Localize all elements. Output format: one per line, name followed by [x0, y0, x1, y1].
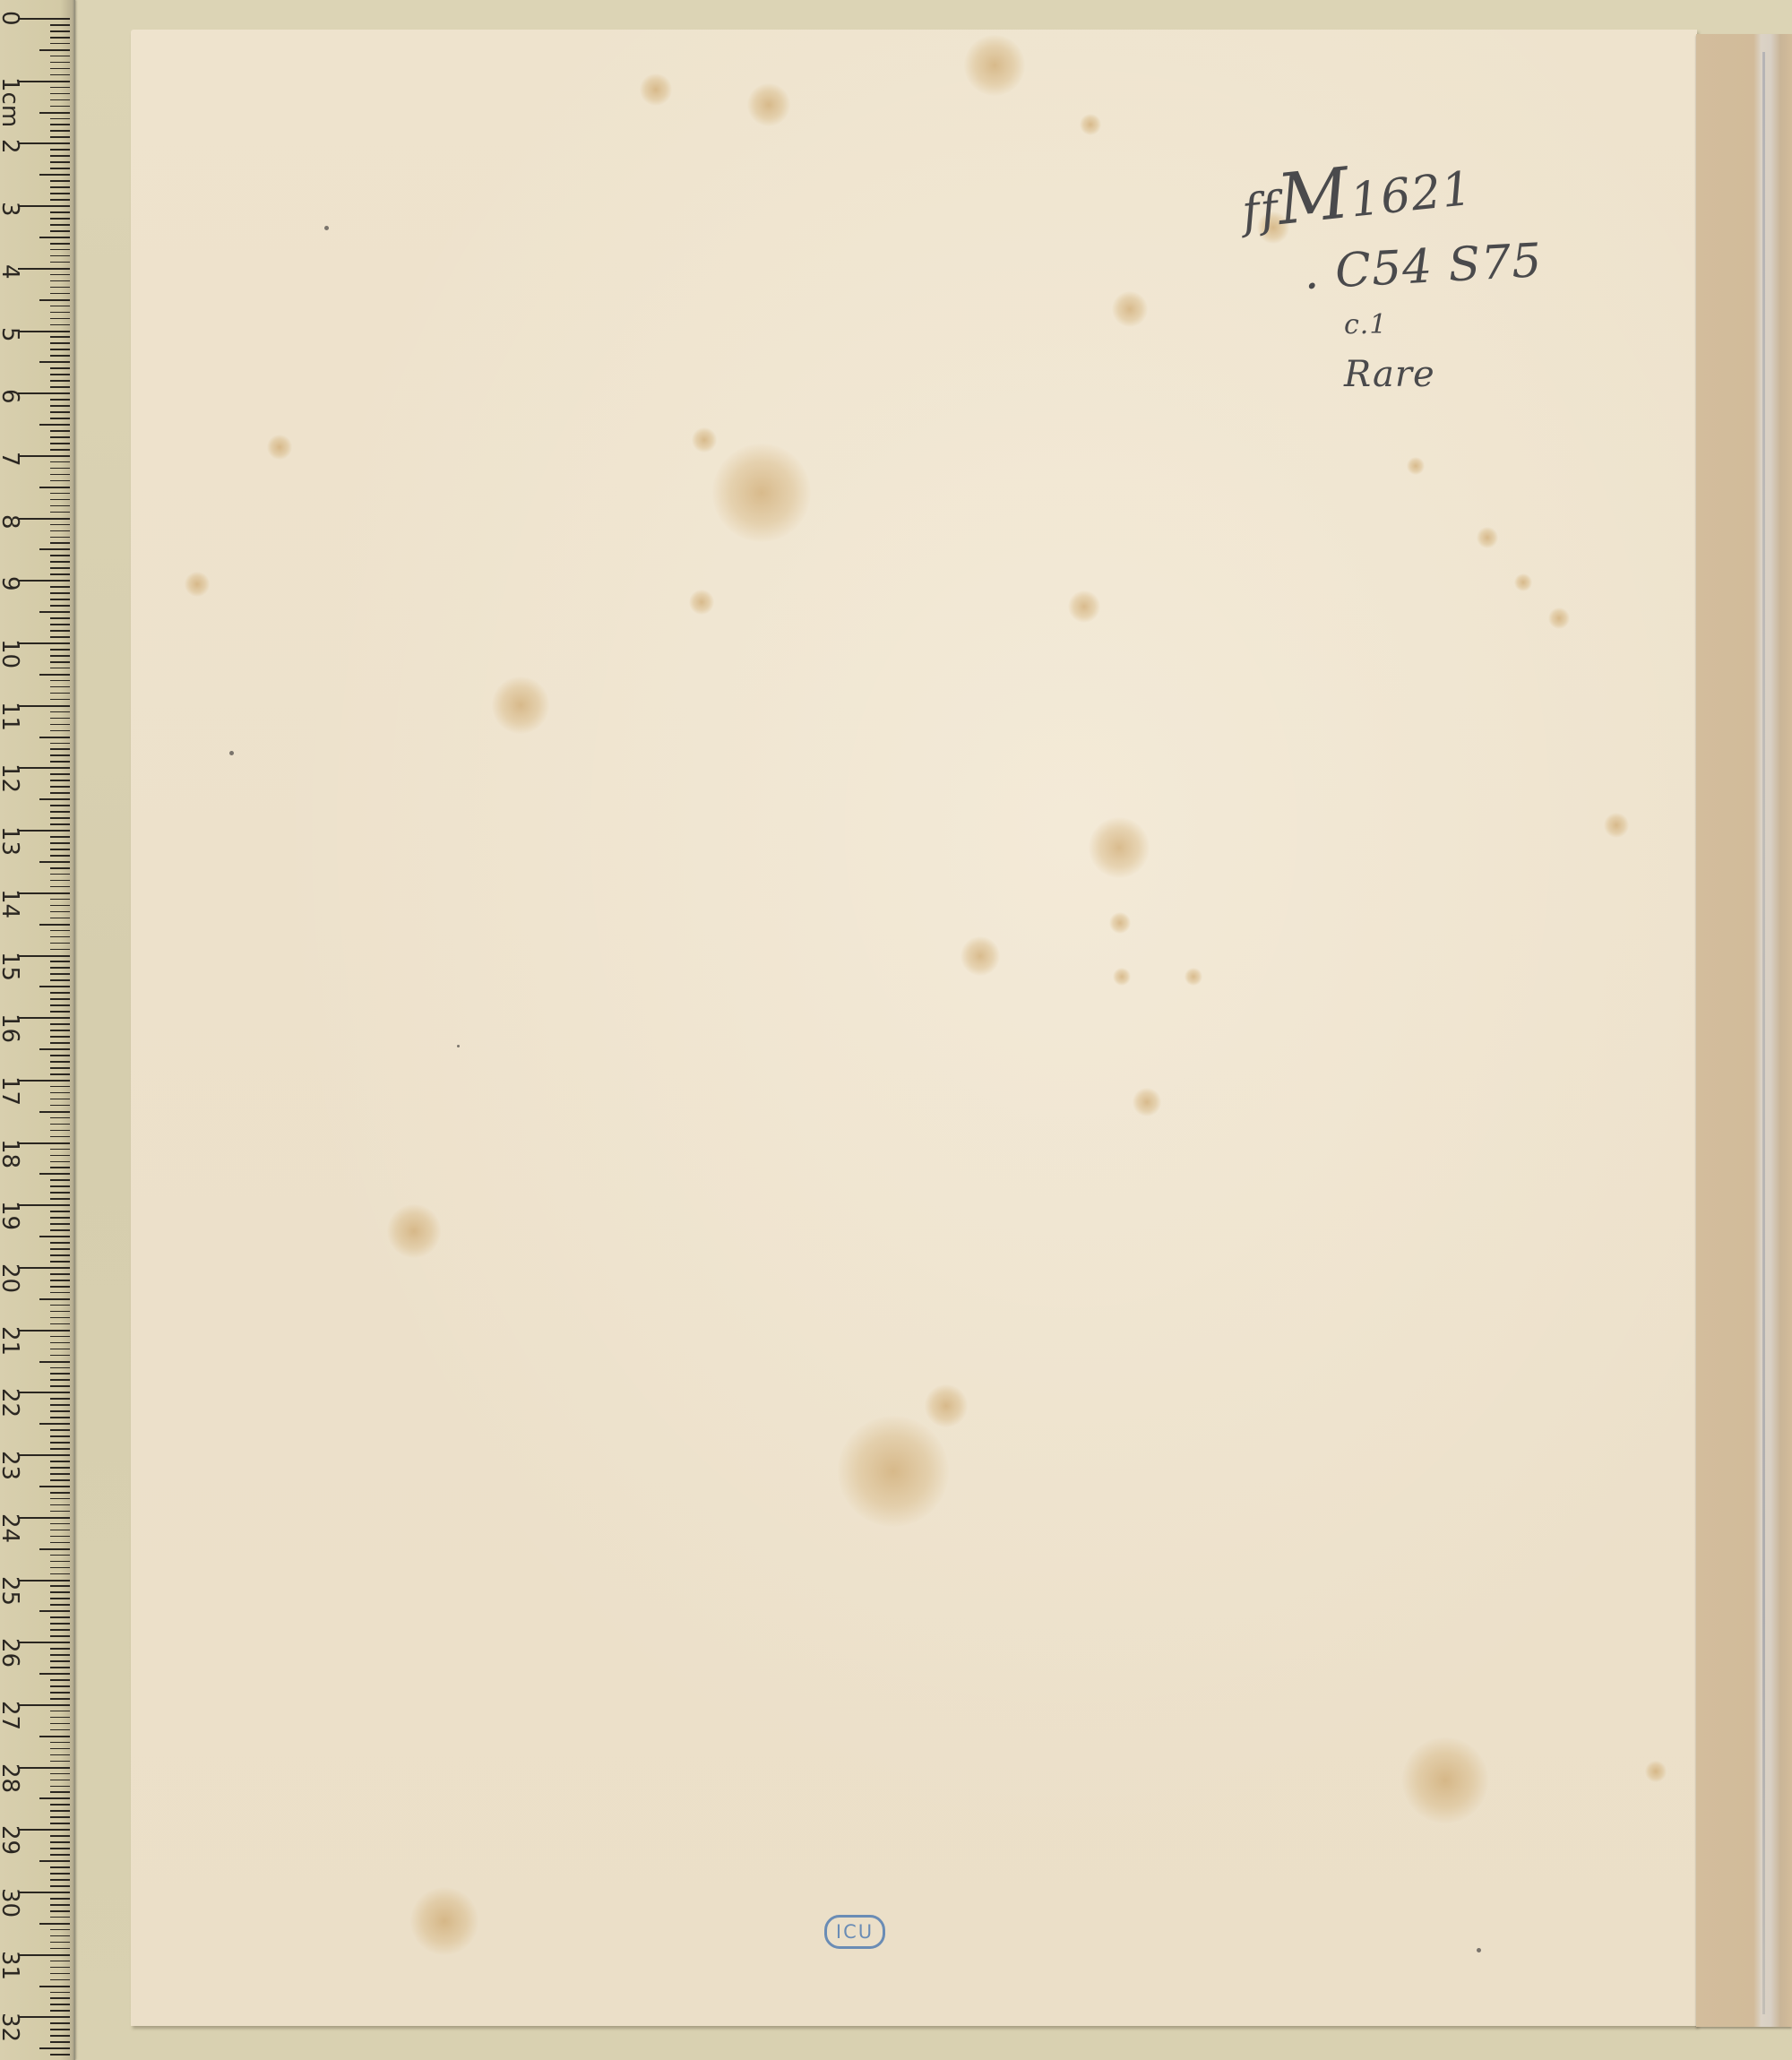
ruler-tick	[50, 1717, 70, 1719]
ruler-tick	[50, 724, 70, 726]
ruler-tick	[50, 1973, 70, 1975]
ruler-label: 28	[2, 1763, 22, 1792]
ruler-tick	[50, 1042, 70, 1044]
ruler-tick	[50, 1379, 70, 1381]
ruler-tick	[50, 287, 70, 289]
speck	[1477, 1948, 1481, 1952]
ruler-tick	[50, 180, 70, 182]
ruler-tick	[18, 2016, 70, 2018]
ruler-tick	[50, 936, 70, 938]
spine-line	[1762, 52, 1765, 2014]
foxing-stain	[1548, 608, 1570, 629]
foxing-stain	[1109, 912, 1131, 934]
ruler-tick	[18, 1642, 70, 1643]
ruler-tick	[50, 1567, 70, 1569]
ruler-tick	[50, 886, 70, 888]
ruler-tick	[50, 1435, 70, 1437]
ruler-tick	[18, 767, 70, 769]
foxing-stain	[492, 677, 549, 734]
ruler-tick	[50, 1804, 70, 1806]
ruler-tick	[50, 1073, 70, 1075]
ruler-tick	[50, 586, 70, 588]
ruler-tick	[50, 730, 70, 732]
foxing-stain	[1112, 291, 1148, 327]
ruler-tick	[50, 1748, 70, 1750]
ruler-tick	[50, 1467, 70, 1469]
ruler-tick	[39, 1548, 70, 1550]
ruler-tick	[50, 605, 70, 607]
ruler-tick	[50, 1149, 70, 1151]
ruler-tick	[50, 1167, 70, 1168]
ruler-tick	[50, 773, 70, 775]
ruler-tick	[50, 699, 70, 701]
ruler-tick	[50, 1967, 70, 1969]
ruler-tick	[50, 193, 70, 194]
ruler-label: 2	[2, 139, 22, 153]
ruler-tick	[50, 418, 70, 419]
foxing-stain	[267, 435, 292, 460]
ruler-tick	[50, 567, 70, 569]
ruler-label: 29	[2, 1825, 22, 1854]
ruler-tick	[50, 249, 70, 251]
ruler-tick	[50, 805, 70, 806]
foxing-stain	[1080, 114, 1101, 135]
ruler-tick	[50, 1623, 70, 1625]
ruler-tick	[50, 1754, 70, 1756]
ruler-tick	[50, 1961, 70, 1962]
ruler-tick	[50, 136, 70, 138]
ruler-tick	[39, 924, 70, 926]
ruler-tick	[50, 436, 70, 438]
ruler-tick	[50, 668, 70, 669]
ruler-tick	[18, 955, 70, 957]
ruler-tick	[39, 1111, 70, 1113]
ruler-tick	[50, 312, 70, 314]
ruler-tick	[50, 1773, 70, 1775]
ruler-tick	[50, 911, 70, 913]
ruler-tick	[50, 1305, 70, 1306]
ruler-tick	[50, 1342, 70, 1344]
ruler-tick	[50, 374, 70, 375]
ruler-tick	[50, 168, 70, 169]
ruler-tick	[50, 1385, 70, 1387]
ruler-tick	[50, 1479, 70, 1481]
ruler-tick	[50, 1935, 70, 1937]
ruler-tick	[50, 905, 70, 907]
ruler-tick	[50, 1523, 70, 1525]
ruler-tick	[39, 49, 70, 51]
ruler-tick	[50, 918, 70, 919]
ruler-tick	[50, 754, 70, 756]
ruler-label: 19	[2, 1201, 22, 1229]
ruler-tick	[50, 1429, 70, 1431]
ruler-label: 18	[2, 1139, 22, 1168]
ruler-tick	[50, 1723, 70, 1725]
ruler-tick	[50, 243, 70, 245]
ruler-tick	[18, 1704, 70, 1706]
ruler-tick	[50, 1192, 70, 1194]
ruler-tick	[50, 1866, 70, 1868]
ruler-tick	[18, 580, 70, 582]
ruler-tick	[39, 1923, 70, 1925]
ruler-tick	[50, 1841, 70, 1843]
foxing-stain	[712, 444, 811, 542]
ruler-tick	[50, 2022, 70, 2024]
ruler-tick	[50, 561, 70, 563]
ruler-tick	[39, 1173, 70, 1175]
foxing-stain	[689, 590, 714, 615]
ruler-tick	[50, 130, 70, 132]
ruler-tick	[50, 2029, 70, 2030]
ruler-label: 11	[2, 702, 22, 730]
ruler-tick	[50, 649, 70, 651]
foxing-stain	[1113, 968, 1131, 986]
ruler-tick	[50, 1504, 70, 1506]
ruler-tick	[50, 761, 70, 763]
ruler-tick	[18, 1017, 70, 1019]
ruler-tick	[50, 949, 70, 951]
ruler-tick	[50, 342, 70, 344]
ruler-tick	[50, 1898, 70, 1900]
ruler-tick	[50, 1536, 70, 1538]
ruler-tick	[50, 1223, 70, 1225]
ruler-tick	[50, 617, 70, 619]
ruler-tick	[50, 874, 70, 875]
ruler-tick	[50, 1492, 70, 1494]
ruler-tick	[50, 1317, 70, 1319]
ruler-tick	[50, 1992, 70, 1994]
ruler-tick	[18, 331, 70, 332]
call-number-prefix: ff	[1240, 182, 1282, 239]
ruler-label: 13	[2, 826, 22, 855]
ruler-tick	[50, 1979, 70, 1981]
ruler-label: 27	[2, 1701, 22, 1729]
ruler-tick	[50, 230, 70, 232]
ruler-tick	[50, 1585, 70, 1587]
ruler-tick	[50, 855, 70, 857]
foxing-stain	[1604, 813, 1629, 838]
copy-number: c.1	[1344, 309, 1387, 340]
ruler-tick	[50, 718, 70, 720]
ruler-tick	[50, 1117, 70, 1119]
ruler-tick	[50, 1573, 70, 1575]
ruler-label: 14	[2, 889, 22, 918]
ruler-tick	[50, 1099, 70, 1100]
ruler-tick	[50, 1254, 70, 1256]
ruler-tick	[39, 1736, 70, 1737]
ruler-tick	[50, 1654, 70, 1656]
ruler-tick	[50, 1004, 70, 1006]
ruler-label: 6	[2, 389, 22, 403]
ruler-tick	[50, 1373, 70, 1375]
ruler-tick	[50, 979, 70, 981]
ruler-label: 15	[2, 952, 22, 980]
ruler-tick	[50, 399, 70, 401]
ruler-tick	[50, 155, 70, 157]
ruler-tick	[50, 1910, 70, 1912]
ruler-tick	[50, 1286, 70, 1288]
ruler-tick	[50, 1604, 70, 1606]
ruler-tick	[50, 318, 70, 320]
ruler-tick	[50, 380, 70, 382]
ruler-tick	[50, 1011, 70, 1013]
ruler-tick	[50, 961, 70, 962]
ruler-tick	[39, 424, 70, 426]
library-stamp: ICU	[824, 1915, 885, 1949]
ruler-tick	[39, 2047, 70, 2049]
ruler-tick	[50, 411, 70, 413]
ruler-label: 5	[2, 327, 22, 341]
ruler-tick	[50, 780, 70, 781]
ruler-label: 4	[2, 264, 22, 279]
ruler-tick	[50, 280, 70, 282]
ruler-tick	[50, 1761, 70, 1763]
ruler-tick	[18, 830, 70, 832]
ruler-tick	[50, 599, 70, 600]
ruler-tick	[50, 211, 70, 213]
ruler-tick	[50, 1942, 70, 1944]
ruler-tick	[50, 1711, 70, 1712]
ruler-tick	[50, 1105, 70, 1107]
ruler-tick	[50, 1616, 70, 1618]
ruler-label: 7	[2, 452, 22, 466]
ruler-tick	[50, 1473, 70, 1475]
ruler-tick	[50, 68, 70, 70]
ruler-tick	[50, 1729, 70, 1731]
ruler-tick	[50, 1780, 70, 1781]
ruler-tick	[39, 1298, 70, 1300]
ruler-tick	[50, 811, 70, 813]
ruler-tick	[50, 530, 70, 532]
ruler-tick	[50, 743, 70, 745]
ruler-tick	[50, 1355, 70, 1357]
ruler-tick	[50, 748, 70, 750]
ruler-label: 17	[2, 1076, 22, 1105]
ruler-tick	[50, 87, 70, 89]
ruler-tick	[18, 892, 70, 894]
foxing-stain	[1477, 527, 1498, 548]
ruler-tick	[50, 1555, 70, 1556]
ruler-tick	[50, 1786, 70, 1788]
ruler-tick	[50, 449, 70, 451]
ruler-tick	[50, 1692, 70, 1694]
ruler-tick	[50, 967, 70, 969]
foxing-stain	[1068, 590, 1100, 623]
foxing-stain	[387, 1204, 441, 1258]
foxing-stain	[925, 1384, 968, 1427]
ruler-tick	[50, 1061, 70, 1063]
ruler-tick	[50, 474, 70, 476]
ruler-tick	[50, 693, 70, 694]
ruler-tick	[50, 899, 70, 901]
ruler-tick	[50, 124, 70, 125]
ruler-tick	[50, 1530, 70, 1531]
ruler-tick	[18, 455, 70, 457]
ruler-tick	[50, 1448, 70, 1450]
ruler-label: 32	[2, 2013, 22, 2041]
ruler-tick	[39, 861, 70, 863]
ruler-tick	[50, 2041, 70, 2043]
ruler-tick	[50, 1311, 70, 1313]
ruler-tick	[18, 1954, 70, 1956]
ruler-tick	[18, 205, 70, 207]
ruler-tick	[50, 367, 70, 369]
ruler-tick	[50, 1211, 70, 1212]
ruler-tick	[50, 324, 70, 326]
ruler-tick	[50, 1848, 70, 1849]
ruler-tick	[50, 1542, 70, 1544]
ruler-tick	[50, 1854, 70, 1856]
ruler-tick	[50, 1997, 70, 1999]
foxing-stain	[1089, 817, 1150, 878]
ruler-tick	[18, 392, 70, 394]
ruler-tick	[50, 655, 70, 657]
ruler-tick	[50, 1629, 70, 1631]
ruler-tick	[50, 1810, 70, 1812]
ruler-tick	[50, 1404, 70, 1406]
ruler-tick	[18, 142, 70, 144]
ruler-label: 23	[2, 1451, 22, 1479]
ruler-tick	[50, 1929, 70, 1931]
ruler-tick	[50, 1904, 70, 1906]
ruler-tick	[18, 1517, 70, 1519]
ruler-tick	[50, 1273, 70, 1275]
foxing-stain	[185, 572, 210, 597]
ruler-tick	[50, 149, 70, 151]
ruler-tick	[50, 30, 70, 32]
ruler-tick	[50, 1698, 70, 1700]
ruler-tick	[50, 430, 70, 432]
ruler-label: 22	[2, 1388, 22, 1417]
ruler-tick	[18, 1892, 70, 1893]
ruler-label: 0	[2, 11, 22, 25]
ruler-tick	[39, 1610, 70, 1612]
ruler-tick	[50, 542, 70, 544]
ruler-tick	[50, 1323, 70, 1325]
ruler-tick	[18, 1267, 70, 1269]
ruler-tick	[50, 512, 70, 513]
ruler-tick	[50, 2004, 70, 2005]
ruler-tick	[50, 1336, 70, 1338]
ruler-tick	[50, 1398, 70, 1400]
ruler-tick	[39, 1860, 70, 1862]
ruler-tick	[50, 1461, 70, 1462]
ruler-tick	[50, 56, 70, 57]
ruler-label: 25	[2, 1576, 22, 1605]
ruler-tick	[39, 674, 70, 676]
ruler-tick	[39, 174, 70, 176]
ruler-tick	[50, 1155, 70, 1157]
ruler-tick	[50, 1067, 70, 1069]
ruler-tick	[50, 306, 70, 307]
ruler-tick	[50, 524, 70, 526]
ruler-tick	[39, 986, 70, 987]
ruler-tick	[18, 268, 70, 270]
ruler-tick	[18, 1454, 70, 1456]
ruler-tick	[50, 1161, 70, 1163]
ruler-tick	[50, 1598, 70, 1599]
ruler-tick	[50, 118, 70, 120]
foxing-stain	[640, 73, 672, 106]
ruler-tick	[50, 943, 70, 944]
ruler-tick	[50, 537, 70, 539]
ruler-tick	[50, 1885, 70, 1887]
ruler-tick	[50, 880, 70, 882]
ruler-tick	[50, 1242, 70, 1244]
ruler-tick	[39, 237, 70, 238]
foxing-stain	[1645, 1761, 1667, 1782]
collection-label: Rare	[1344, 354, 1435, 395]
ruler-tick	[50, 1410, 70, 1412]
ruler-tick	[39, 1236, 70, 1237]
ruler-tick	[50, 1879, 70, 1881]
ruler-tick	[50, 849, 70, 850]
ruler-tick	[50, 99, 70, 101]
ruler-tick	[50, 2010, 70, 2012]
ruler-tick	[50, 1635, 70, 1637]
foxing-stain	[692, 427, 717, 453]
ruler-tick	[50, 573, 70, 575]
ruler-tick	[50, 1417, 70, 1418]
ruler-tick	[50, 1442, 70, 1444]
ruler-tick	[50, 998, 70, 1000]
ruler-tick	[50, 461, 70, 463]
speck	[229, 751, 234, 755]
ruler-tick	[50, 680, 70, 682]
ruler-label: 20	[2, 1263, 22, 1292]
ruler-label: 21	[2, 1326, 22, 1355]
ruler-tick	[50, 493, 70, 495]
ruler-label: 8	[2, 514, 22, 529]
ruler-tick	[50, 161, 70, 163]
ruler-tick	[50, 1217, 70, 1219]
ruler-tick	[50, 443, 70, 444]
ruler-tick	[50, 224, 70, 226]
call-number-number: 1621	[1348, 162, 1475, 228]
ruler-tick	[18, 18, 70, 20]
ruler-tick	[50, 555, 70, 556]
ruler-tick	[50, 823, 70, 825]
ruler-tick	[50, 349, 70, 350]
ruler-tick	[18, 1767, 70, 1769]
ruler-tick	[18, 1080, 70, 1082]
ruler-tick	[50, 1667, 70, 1668]
ruler-tick	[39, 1048, 70, 1050]
ruler-tick	[50, 1292, 70, 1294]
ruler-tick	[50, 262, 70, 263]
ruler-label: 12	[2, 763, 22, 792]
ruler-tick	[50, 1948, 70, 1950]
ruler-tick	[50, 505, 70, 507]
ruler-tick	[50, 1648, 70, 1650]
ruler-label: 1cm	[2, 77, 22, 120]
speck	[457, 1045, 460, 1047]
ruler-tick	[50, 592, 70, 594]
ruler-tick	[18, 81, 70, 82]
ruler-tick	[50, 792, 70, 794]
ruler-tick	[50, 1835, 70, 1837]
ruler-tick	[50, 43, 70, 45]
ruler-tick	[50, 1124, 70, 1125]
ruler-tick	[50, 386, 70, 388]
ruler-tick	[50, 37, 70, 39]
ruler-tick	[39, 1486, 70, 1487]
ruler-tick	[50, 93, 70, 95]
ruler-tick	[18, 1392, 70, 1393]
ruler-tick	[50, 2035, 70, 2037]
ruler-tick	[50, 661, 70, 663]
ruler-tick	[50, 930, 70, 932]
